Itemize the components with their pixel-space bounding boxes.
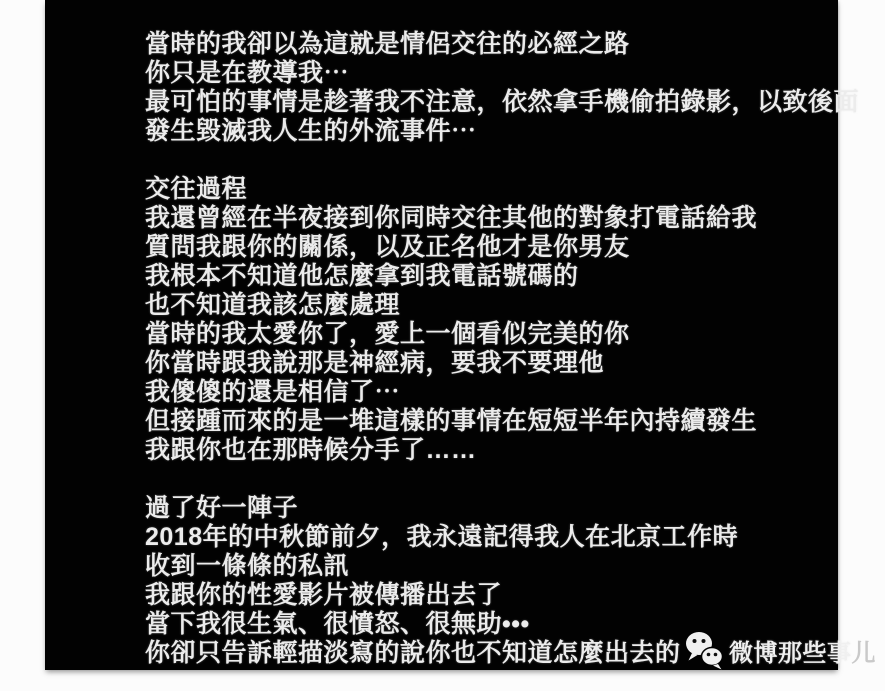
post-text-line: 我跟你也在那時候分手了…… (145, 436, 859, 465)
post-text-line: 我根本不知道他怎麼拿到我電話號碼的 (145, 262, 859, 291)
post-text-line: 我跟你的性愛影片被傳播出去了 (145, 581, 859, 610)
post-text-line: 質問我跟你的關係，以及正名他才是你男友 (145, 233, 859, 262)
watermark: 微博那些事儿 (684, 630, 876, 670)
watermark-label: 微博那些事儿 (729, 633, 876, 668)
post-text-line-blank (145, 146, 859, 175)
post-text-line: 也不知道我該怎麼處理 (145, 291, 859, 320)
post-text-line: 當時的我卻以為這就是情侶交往的必經之路 (145, 30, 859, 59)
post-text-line: 我還曾經在半夜接到你同時交往其他的對象打電話給我 (145, 204, 859, 233)
post-image: 當時的我卻以為這就是情侶交往的必經之路 你只是在教導我⋯ 最可怕的事情是趁著我不… (45, 0, 838, 670)
post-text-block: 當時的我卻以為這就是情侶交往的必經之路 你只是在教導我⋯ 最可怕的事情是趁著我不… (145, 30, 859, 668)
post-text-line: 你只是在教導我⋯ (145, 59, 859, 88)
post-text-line: 2018年的中秋節前夕，我永遠記得我人在北京工作時 (145, 523, 859, 552)
post-text-line: 過了好一陣子 (145, 494, 859, 523)
post-text-line: 但接踵而來的是一堆這樣的事情在短短半年內持續發生 (145, 407, 859, 436)
post-text-line: 發生毀滅我人生的外流事件⋯ (145, 117, 859, 146)
post-text-line: 最可怕的事情是趁著我不注意，依然拿手機偷拍錄影，以致後面 (145, 88, 859, 117)
post-text-line-blank (145, 465, 859, 494)
watermark-label-faded: 儿 (852, 640, 877, 667)
post-text-line: 當時的我太愛你了，愛上一個看似完美的你 (145, 320, 859, 349)
post-text-line: 我傻傻的還是相信了⋯ (145, 378, 859, 407)
post-text-line: 收到一條條的私訊 (145, 552, 859, 581)
wechat-icon (684, 630, 724, 670)
watermark-label-main: 微博那些事 (729, 640, 852, 667)
post-text-line: 交往過程 (145, 175, 859, 204)
post-text-line: 你當時跟我說那是神經病，要我不要理他 (145, 349, 859, 378)
